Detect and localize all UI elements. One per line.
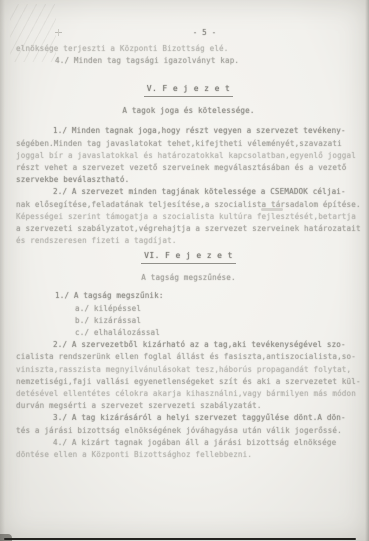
right-scan-edge [365,0,369,541]
text-line: 1./ Minden tagnak joga,hogy részt vegyen… [16,125,361,137]
registration-mark-artifact [55,29,62,36]
text-line: 4./ A kizárt tagnak jogában áll a járási… [16,437,361,449]
scanned-document-page: - 5 - elnöksége terjeszti a Központi Biz… [0,0,369,541]
chapter-v-subtitle: A tagok joga és kötelessége. [16,105,361,117]
text-line: döntése ellen a Központi Bizottsághoz fe… [16,449,361,461]
text-line: elnöksége terjeszti a Központi Bizottság… [16,43,361,55]
chapter-vi-heading-row: VI. F e j e z e t [16,247,361,264]
text-line: Képességei szerint támogatja a szocialis… [16,211,361,223]
text-line: a szervezeti szabályzatot,végrehajtja a … [16,223,361,235]
list-item: b./ kizárással [16,315,361,327]
intro-block: elnöksége terjeszti a Központi Bizottság… [16,43,361,67]
text-line: 4./ Minden tag tagsági igazolványt kap. [16,55,361,67]
text-line: ségében.Minden tag javaslatokat tehet,ki… [16,138,361,150]
chapter-vi-paragraph-4: 4./ A kizárt tagnak jogában áll a járási… [16,437,361,461]
text-line: joggal bír a javaslatokkal és határozato… [16,150,361,162]
membership-termination-list: 1./ A tagság megszűnik: a./ kilépéssel b… [16,290,361,339]
text-line: detésével ellentétes célokra akarja kiha… [16,388,361,400]
text-line: tés a járási bizottság elnökségének jóvá… [16,425,361,437]
text-line: és rendszeresen fizeti a tagdíjat. [16,235,361,247]
text-line: 2./ A szervezet minden tagjának köteless… [16,186,361,198]
chapter-v-heading: V. F e j e z e t [144,83,233,97]
text-line: 2./ A szervezetből kizárható az a tag,ak… [16,339,361,351]
text-line: 3./ A tag kizárásáról a helyi szervezet … [16,412,361,424]
text-line: cialista rendszerünk ellen foglal állást… [16,351,361,363]
chapter-v-paragraph-2: 2./ A szervezet minden tagjának köteless… [16,186,361,247]
chapter-v-heading-row: V. F e j e z e t [16,80,361,97]
text-line: durván megsérti a szervezet szervezeti s… [16,400,361,412]
left-scan-edge [0,0,5,541]
chapter-v-paragraph-1: 1./ Minden tagnak joga,hogy részt vegyen… [16,125,361,186]
text-line: viniszta,rasszista megnyilvánulásokat te… [16,364,361,376]
chapter-vi-paragraph-2: 2./ A szervezetből kizárható az a tag,ak… [16,339,361,412]
chapter-vi-subtitle: A tagság megszűnése. [16,272,361,284]
list-intro-line: 1./ A tagság megszűnik: [16,290,361,302]
text-line: részt vehet a szervezet vezető szerveine… [16,162,361,174]
chapter-vi-paragraph-3: 3./ A tag kizárásáról a helyi szervezet … [16,412,361,436]
page-number: - 5 - [16,27,361,38]
text-line: nak elősegítése,feladatának teljesítése,… [16,199,361,211]
bottom-scan-edge [4,538,356,540]
list-item: a./ kilépéssel [16,303,361,315]
chapter-vi-heading: VI. F e j e z e t [141,250,236,264]
list-item: c./ elhalálozással [16,327,361,339]
text-line: nemzetiségi,faji vallási egyenetlenségek… [16,376,361,388]
text-line: szervekbe beválasztható. [16,174,361,186]
